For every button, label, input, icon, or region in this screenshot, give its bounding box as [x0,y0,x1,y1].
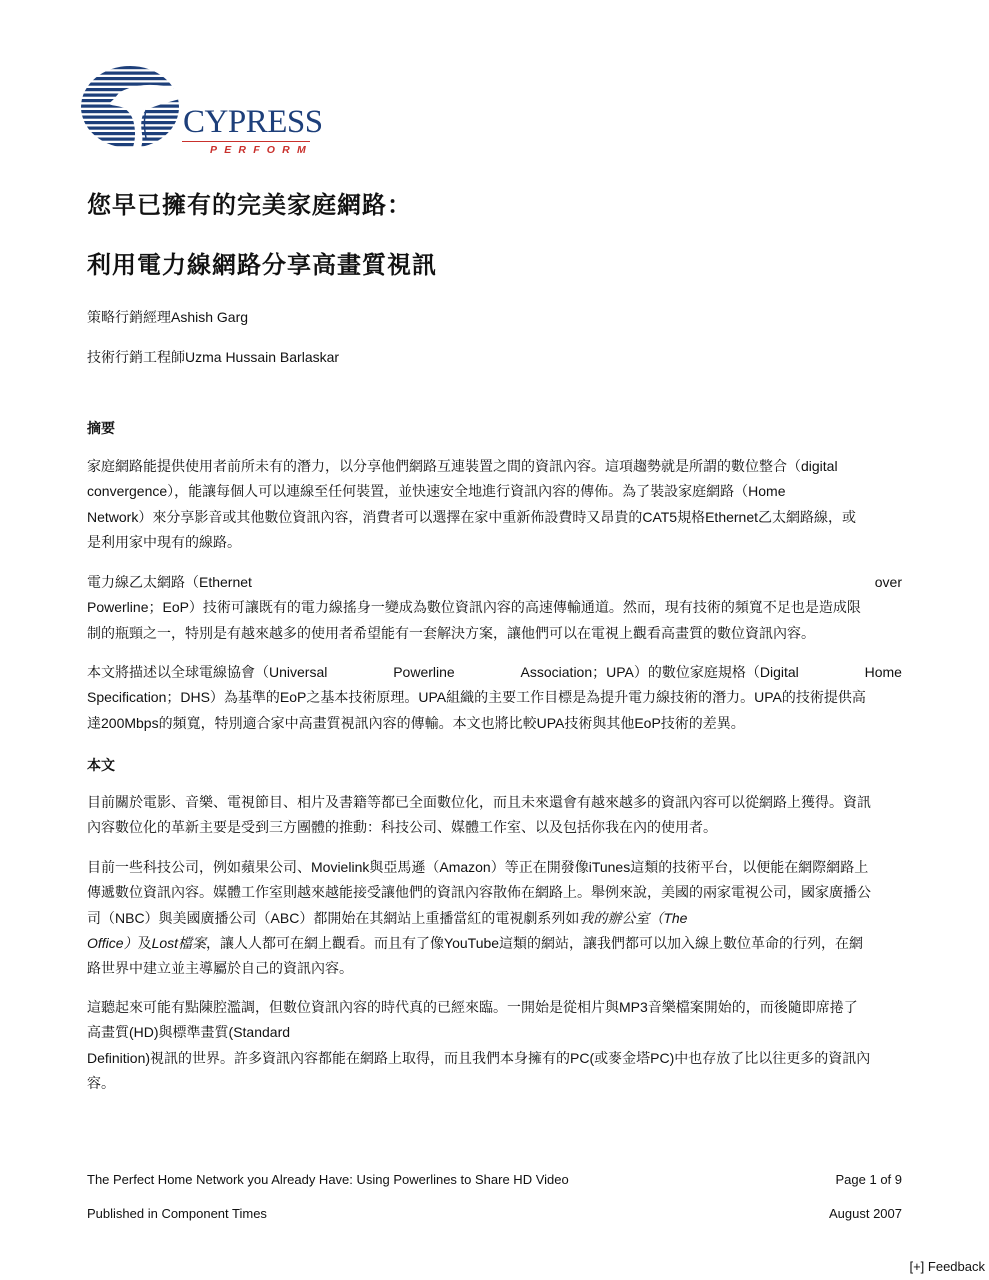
text-line: Office）及Lost檔案，讓人人都可在網上觀看。而且有了像YouTube這類… [87,931,902,956]
footer-row-1: The Perfect Home Network you Already Hav… [87,1172,902,1187]
text-fragment: over [875,570,902,595]
footer-publication: Published in Component Times [87,1206,267,1221]
body-heading: 本文 [87,755,115,775]
text-fragment: Powerline [393,660,454,685]
cypress-globe-icon [80,62,190,152]
text-line: Specification；DHS）為基準的EoP之基本技術原理。UPA組織的主… [87,685,902,710]
text-line: 目前關於電影、音樂、電視節目、相片及書籍等都已全面數位化，而且未來還會有越來越多… [87,790,902,815]
cypress-logo: CYPRESS PERFORM [80,62,320,162]
text-line: 高畫質(HD)與標準畫質(Standard [87,1020,902,1045]
text-fragment: 司（NBC）與美國廣播公司（ABC）都開始在其網站上重播當紅的電視劇系列如 [87,910,579,926]
author-2: 技術行銷工程師Uzma Hussain Barlaskar [87,347,339,367]
author-1: 策略行銷經理Ashish Garg [87,307,248,327]
text-fragment: ，讓人人都可在網上觀看。而且有了像YouTube這類的網站，讓我們都可以加入線上… [206,935,863,951]
footer-date: August 2007 [829,1206,902,1221]
text-line: 司（NBC）與美國廣播公司（ABC）都開始在其網站上重播當紅的電視劇系列如我的辦… [87,906,902,931]
document-title-line-2: 利用電力線網路分享高畫質視訊 [87,252,437,281]
footer-document-title: The Perfect Home Network you Already Hav… [87,1172,569,1187]
logo-tagline: PERFORM [210,145,313,156]
text-line: Network）來分享影音或其他數位資訊內容，消費者可以選擇在家中重新佈設費時又… [87,505,902,530]
text-line: 容。 [87,1071,902,1096]
text-line: convergence），能讓每個人可以連線至任何裝置，並快速安全地進行資訊內容… [87,479,902,504]
logo-brand-text: CYPRESS [183,106,323,139]
show-title-italic: Lost檔案 [152,935,206,951]
show-title-italic: 我的辦公室（The [579,910,687,926]
text-line: 家庭網路能提供使用者前所未有的潛力，以分享他們網路互連裝置之間的資訊內容。這項趨… [87,454,902,479]
text-line: 這聽起來可能有點陳腔濫調，但數位資訊內容的時代真的已經來臨。一開始是從相片與MP… [87,995,902,1020]
text-line: 傳遞數位資訊內容。媒體工作室則越來越能接受讓他們的資訊內容散佈在網路上。舉例來說… [87,880,902,905]
paragraph-body-1: 目前關於電影、音樂、電視節目、相片及書籍等都已全面數位化，而且未來還會有越來越多… [87,790,902,841]
show-title-italic: Office） [87,935,138,951]
feedback-link[interactable]: [+] Feedback [909,1259,985,1274]
text-fragment: Association；UPA）的數位家庭規格（Digital [521,660,799,685]
text-line: 達200Mbps的頻寬，特別適合家中高畫質視訊內容的傳輸。本文也將比較UPA技術… [87,711,902,736]
text-line: 路世界中建立並主導屬於自己的資訊內容。 [87,956,902,981]
text-line: 是利用家中現有的線路。 [87,530,902,555]
footer-page-number: Page 1 of 9 [836,1172,903,1187]
paragraph-abstract-2: 電力線乙太網路（Ethernet over Powerline；EoP）技術可讓… [87,570,902,646]
text-fragment: Home [865,660,902,685]
logo-divider [182,141,310,142]
text-line: 內容數位化的革新主要是受到三方團體的推動：科技公司、媒體工作室、以及包括你我在內… [87,815,902,840]
text-line: 目前一些科技公司，例如蘋果公司、Movielink與亞馬遜（Amazon）等正在… [87,855,902,880]
text-fragment: 及 [138,935,152,951]
text-fragment: 本文將描述以全球電線協會（Universal [87,660,327,685]
text-line: 本文將描述以全球電線協會（Universal Powerline Associa… [87,660,902,685]
paragraph-abstract-1: 家庭網路能提供使用者前所未有的潛力，以分享他們網路互連裝置之間的資訊內容。這項趨… [87,454,902,555]
abstract-heading: 摘要 [87,418,115,438]
footer-row-2: Published in Component Times August 2007 [87,1206,902,1221]
paragraph-body-2: 目前一些科技公司，例如蘋果公司、Movielink與亞馬遜（Amazon）等正在… [87,855,902,981]
text-line: Definition)視訊的世界。許多資訊內容都能在網路上取得，而且我們本身擁有… [87,1046,902,1071]
text-fragment: 電力線乙太網路（Ethernet [87,570,252,595]
text-line: 電力線乙太網路（Ethernet over [87,570,902,595]
paragraph-body-3: 這聽起來可能有點陳腔濫調，但數位資訊內容的時代真的已經來臨。一開始是從相片與MP… [87,995,902,1096]
text-line: Powerline；EoP）技術可讓既有的電力線搖身一變成為數位資訊內容的高速傳… [87,595,902,620]
text-line: 制的瓶頸之一，特別是有越來越多的使用者希望能有一套解決方案，讓他們可以在電視上觀… [87,621,902,646]
document-title-line-1: 您早已擁有的完美家庭網路： [87,192,412,221]
paragraph-abstract-3: 本文將描述以全球電線協會（Universal Powerline Associa… [87,660,902,736]
